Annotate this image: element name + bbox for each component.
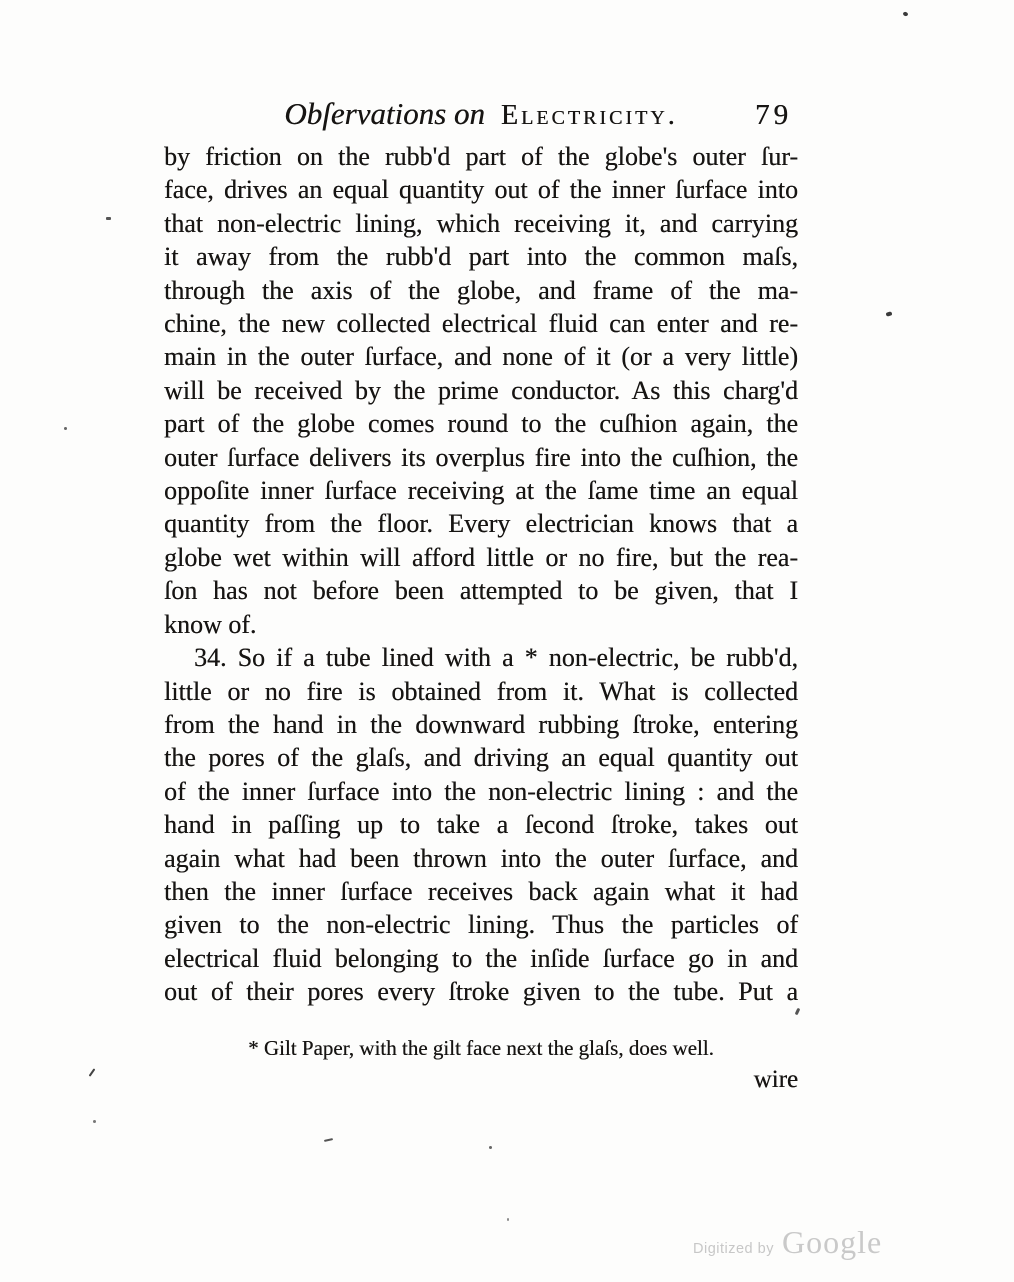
scan-speck (902, 11, 908, 16)
text-line: again what had been thrown into the oute… (164, 842, 798, 875)
scan-speck (507, 1218, 509, 1221)
google-logo: Google (782, 1224, 882, 1261)
catchword: wire (164, 1066, 800, 1094)
text-line: globe wet within will afford little or n… (164, 541, 798, 574)
scan-speck (106, 217, 111, 220)
running-title: Obſervations on Electricity. (164, 96, 798, 132)
text-line: ſon has not before been attempted to be … (164, 574, 798, 607)
text-line: of the inner ſurface into the non-electr… (164, 775, 798, 808)
scan-speck (93, 1120, 96, 1123)
scan-speck (489, 1146, 492, 1149)
paragraph: 34. So if a tube lined with a * non-elec… (164, 641, 798, 1008)
text-line: by friction on the rubb'd part of the gl… (164, 140, 798, 173)
running-title-caps: Electricity. (501, 100, 678, 131)
text-line: part of the globe comes round to the cuſ… (164, 407, 798, 440)
text-line: face, drives an equal quantity out of th… (164, 173, 798, 206)
scan-speck (795, 1008, 801, 1016)
text-line: outer ſurface delivers its overplus fire… (164, 441, 798, 474)
text-line: main in the outer ſurface, and none of i… (164, 340, 798, 373)
text-line: hand in paſſing up to take a ſecond ſtro… (164, 808, 798, 841)
paragraph: by friction on the rubb'd part of the gl… (164, 140, 798, 641)
text-line: the pores of the glaſs, and driving an e… (164, 741, 798, 774)
scan-speck (89, 1068, 96, 1077)
text-line: from the hand in the downward rubbing ſt… (164, 708, 798, 741)
text-line: electrical fluid belonging to the inſide… (164, 942, 798, 975)
text-line: through the axis of the globe, and frame… (164, 274, 798, 307)
text-line: given to the non-electric lining. Thus t… (164, 908, 798, 941)
text-line: 34. So if a tube lined with a * non-elec… (164, 641, 798, 674)
text-line: that non-electric lining, which receivin… (164, 207, 798, 240)
text-line: little or no fire is obtained from it. W… (164, 675, 798, 708)
text-line: quantity from the floor. Every electrici… (164, 507, 798, 540)
scan-speck (64, 427, 67, 430)
text-line: know of. (164, 608, 798, 641)
running-title-italic: Obſervations on (284, 96, 485, 131)
scan-speck (886, 311, 893, 316)
page-number: 79 (755, 99, 792, 132)
footnote: * Gilt Paper, with the gilt face next th… (164, 1036, 798, 1061)
watermark-prefix: Digitized by (693, 1241, 774, 1257)
scanned-book-page: Obſervations on Electricity. 79 by frict… (0, 0, 1014, 1282)
text-line: oppoſite inner ſurface receiving at the … (164, 474, 798, 507)
text-line: it away from the rubb'd part into the co… (164, 240, 798, 273)
text-line: will be received by the prime conductor.… (164, 374, 798, 407)
digitization-watermark: Digitized by Google (693, 1224, 882, 1261)
page-header: Obſervations on Electricity. 79 (164, 96, 798, 138)
text-line: out of their pores every ſtroke given to… (164, 975, 798, 1008)
body-text: by friction on the rubb'd part of the gl… (164, 140, 798, 1009)
text-line: then the inner ſurface receives back aga… (164, 875, 798, 908)
scan-speck (324, 1138, 333, 1142)
text-line: chine, the new collected electrical flui… (164, 307, 798, 340)
